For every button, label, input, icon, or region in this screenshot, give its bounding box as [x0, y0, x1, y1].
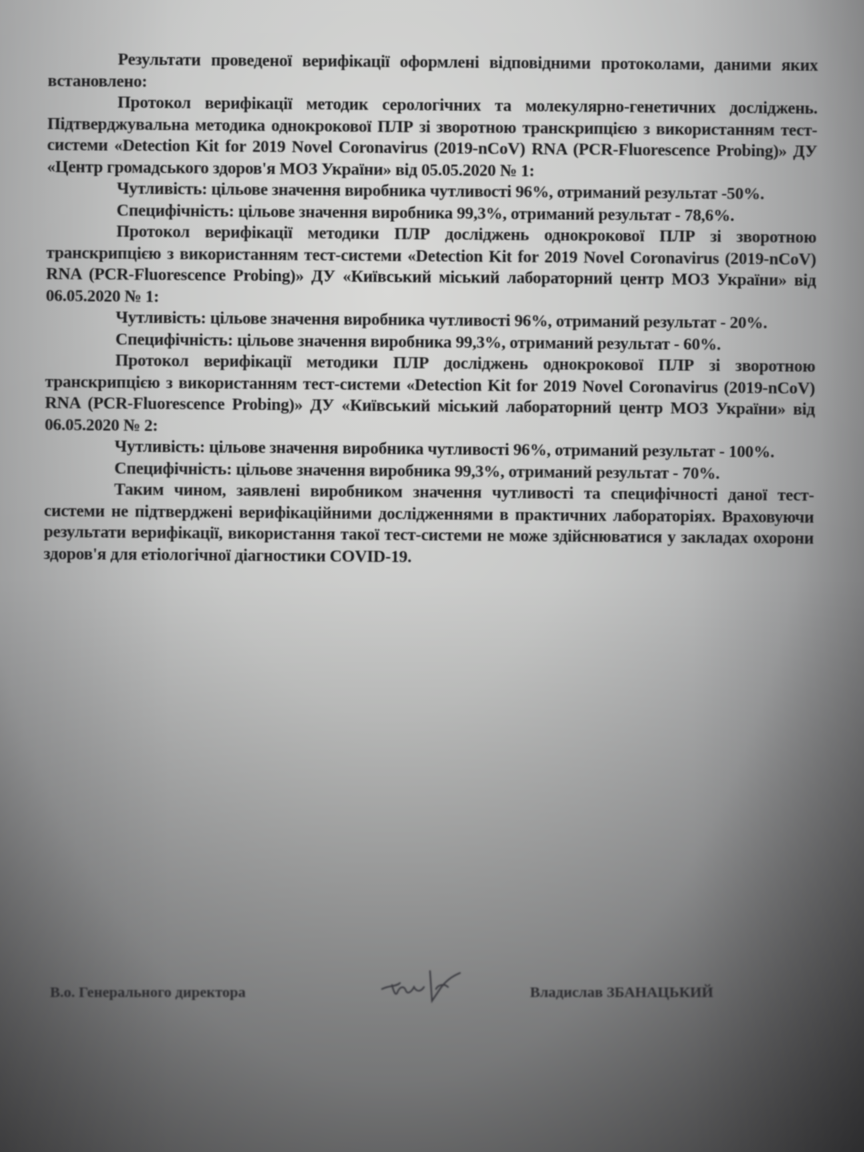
- handwritten-signature-icon: [370, 973, 520, 1013]
- protocol-3-paragraph: Протокол верифікації методики ПЛР дослід…: [45, 349, 816, 442]
- conclusion-paragraph: Таким чином, заявлені виробником значенн…: [43, 478, 814, 571]
- protocol-1-paragraph: Протокол верифікації методик серологічни…: [47, 91, 818, 184]
- signatory-title: В.о. Генерального директора: [50, 985, 370, 1002]
- intro-paragraph: Результати проведеної верифікації оформл…: [48, 48, 818, 98]
- signature-block: В.о. Генерального директора Владислав ЗБ…: [50, 973, 790, 1013]
- document-photo: Результати проведеної верифікації оформл…: [0, 0, 864, 1152]
- signatory-name: Владислав ЗБАНАЦЬКИЙ: [530, 985, 713, 1002]
- protocol-2-paragraph: Протокол верифікації методики ПЛР дослід…: [46, 220, 817, 313]
- document-body: Результати проведеної верифікації оформл…: [43, 48, 817, 571]
